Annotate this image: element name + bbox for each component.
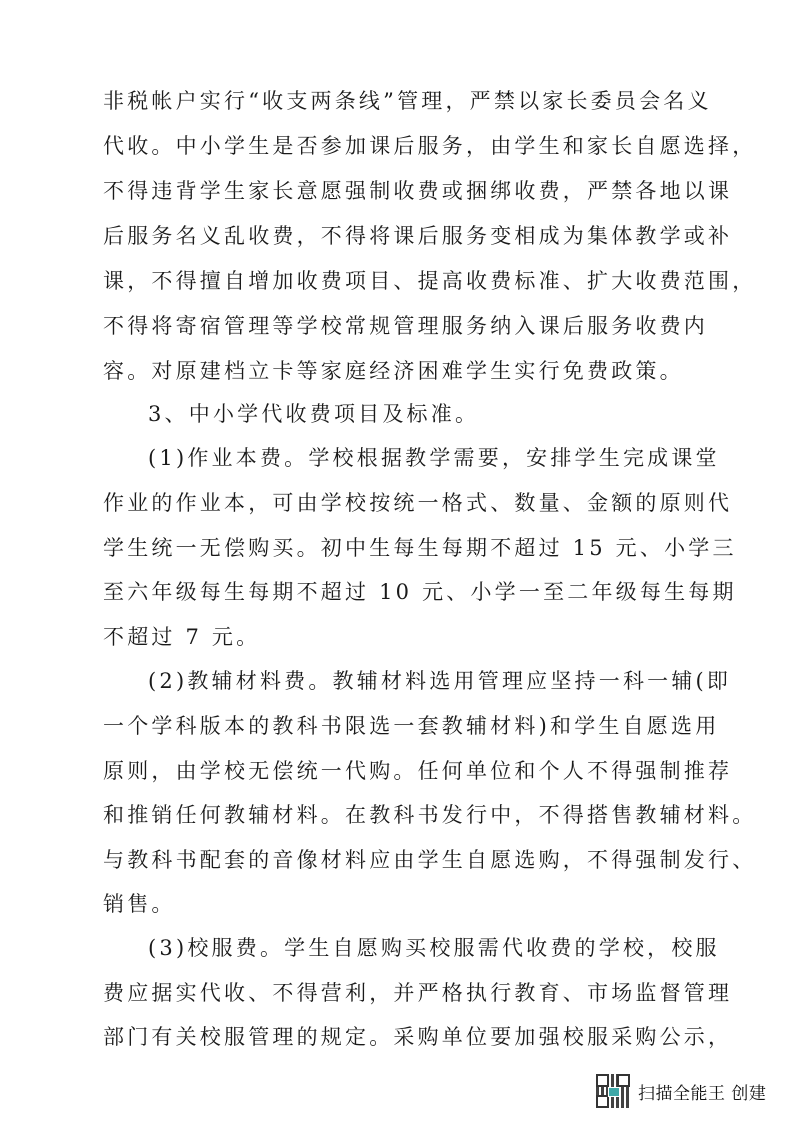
text-line: 至六年级每生每期不超过 10 元、小学一至二年级每生每期 — [103, 578, 703, 606]
text-line: 费应据实代收、不得营利，并严格执行教育、市场监督管理 — [103, 979, 703, 1007]
text-line: 代收。中小学生是否参加课后服务，由学生和家长自愿选择， — [103, 132, 703, 160]
paragraph-start: (1)作业本费。学校根据教学需要，安排学生完成课堂 — [148, 444, 748, 472]
text-line: 课，不得擅自增加收费项目、提高收费标准、扩大收费范围， — [103, 267, 703, 295]
text-line: 部门有关校服管理的规定。采购单位要加强校服采购公示， — [103, 1023, 703, 1051]
text-line: 学生统一无偿购买。初中生每生每期不超过 15 元、小学三 — [103, 534, 703, 562]
section-heading: 3、中小学代收费项目及标准。 — [148, 400, 748, 428]
text-line: 作业的作业本，可由学校按统一格式、数量、金额的原则代 — [103, 489, 703, 517]
text-line: 原则，由学校无偿统一代购。任何单位和个人不得强制推荐 — [103, 757, 703, 785]
text-line: 一个学科版本的教科书限选一套教辅材料)和学生自愿选用 — [103, 712, 703, 740]
scanner-watermark: 扫描全能王 创建 — [596, 1073, 766, 1109]
text-line: 容。对原建档立卡等家庭经济困难学生实行免费政策。 — [103, 357, 703, 385]
text-line: 与教科书配套的音像材料应由学生自愿选购，不得强制发行、 — [103, 846, 703, 874]
paragraph-start: (3)校服费。学生自愿购买校服需代收费的学校，校服 — [148, 934, 748, 962]
text-line: 后服务名义乱收费，不得将课后服务变相成为集体教学或补 — [103, 222, 703, 250]
text-line: 非税帐户实行“收支两条线”管理，严禁以家长委员会名义 — [103, 87, 703, 115]
qr-code-icon — [596, 1074, 630, 1108]
watermark-text: 扫描全能王 创建 — [638, 1079, 766, 1104]
text-line: 不得将寄宿管理等学校常规管理服务纳入课后服务收费内 — [103, 312, 703, 340]
paragraph-start: (2)教辅材料费。教辅材料选用管理应坚持一科一辅(即 — [148, 667, 748, 695]
document-page: 非税帐户实行“收支两条线”管理，严禁以家长委员会名义 代收。中小学生是否参加课后… — [0, 0, 793, 1122]
text-line: 不得违背学生家长意愿强制收费或捆绑收费，严禁各地以课 — [103, 177, 703, 205]
text-line: 和推销任何教辅材料。在教科书发行中，不得搭售教辅材料。 — [103, 801, 703, 829]
text-line: 销售。 — [103, 890, 703, 918]
text-line: 不超过 7 元。 — [103, 623, 703, 651]
